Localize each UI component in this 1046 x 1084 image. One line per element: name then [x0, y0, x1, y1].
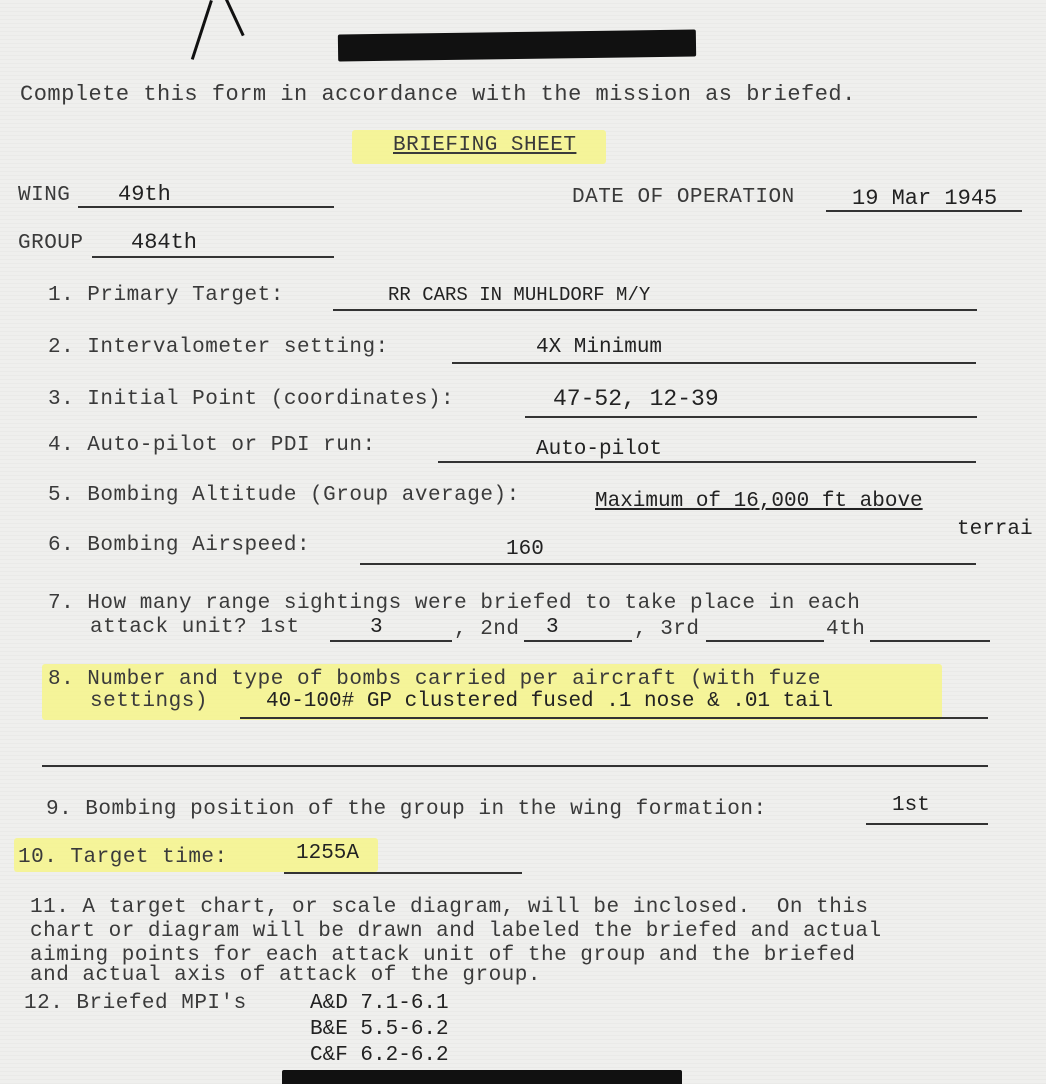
- item-2-value[interactable]: 4X Minimum: [536, 336, 662, 359]
- item-11-text-line2: chart or diagram will be drawn and label…: [30, 920, 882, 943]
- item-5-label: 5. Bombing Altitude (Group average):: [48, 484, 520, 507]
- item-7-second-value[interactable]: 3: [546, 616, 559, 639]
- item-5-value[interactable]: Maximum of 16,000 ft above: [595, 490, 923, 513]
- item-6-field-line: [360, 563, 976, 565]
- item-9-field-line: [866, 823, 988, 825]
- date-label: DATE OF OPERATION: [572, 186, 795, 209]
- group-value[interactable]: 484th: [131, 230, 197, 255]
- group-label: GROUP: [18, 232, 84, 255]
- wing-field-line: [78, 206, 334, 208]
- date-value[interactable]: 19 Mar 1945: [852, 186, 997, 211]
- handwritten-mark: [225, 0, 245, 36]
- redaction-bar-bottom: [282, 1070, 682, 1084]
- item-10-label: 10. Target time:: [18, 846, 228, 869]
- item-1-label: 1. Primary Target:: [48, 284, 284, 307]
- item-2-field-line: [452, 362, 976, 364]
- form-instruction: Complete this form in accordance with th…: [20, 82, 856, 107]
- item-1-value[interactable]: RR CARS IN MUHLDORF M/Y: [388, 284, 650, 306]
- item-3-value[interactable]: 47-52, 12-39: [553, 386, 719, 412]
- item-4-label: 4. Auto-pilot or PDI run:: [48, 434, 376, 457]
- handwritten-mark: [191, 0, 213, 60]
- form-title: BRIEFING SHEET: [393, 134, 576, 157]
- mpi-row-1: A&D 7.1-6.1: [310, 992, 449, 1015]
- item-7-sep-4th: 4th: [826, 618, 865, 641]
- item-7-first-value[interactable]: 3: [370, 616, 383, 639]
- item-7-first-line: [330, 640, 452, 642]
- item-4-value[interactable]: Auto-pilot: [536, 438, 662, 461]
- item-12-label: 12. Briefed MPI's: [24, 992, 247, 1015]
- item-11-text: 11. A target chart, or scale diagram, wi…: [30, 896, 869, 919]
- wing-value[interactable]: 49th: [118, 182, 171, 207]
- item-7-label: 7. How many range sightings were briefed…: [48, 592, 860, 615]
- document-page: Complete this form in accordance with th…: [0, 0, 1046, 1084]
- mpi-row-2: B&E 5.5-6.2: [310, 1018, 449, 1041]
- item-6-value[interactable]: 160: [506, 538, 544, 561]
- item-9-value[interactable]: 1st: [892, 794, 930, 817]
- item-8-label: 8. Number and type of bombs carried per …: [48, 668, 821, 691]
- item-2-label: 2. Intervalometer setting:: [48, 336, 389, 359]
- item-10-value[interactable]: 1255A: [296, 842, 359, 865]
- item-4-field-line: [438, 461, 976, 463]
- item-5-value-continued[interactable]: terrai: [957, 518, 1033, 541]
- wing-label: WING: [18, 184, 70, 207]
- item-8-extra-line: [42, 765, 988, 767]
- item-8-value[interactable]: 40-100# GP clustered fused .1 nose & .01…: [266, 690, 833, 713]
- item-7-second-line: [524, 640, 632, 642]
- item-9-label: 9. Bombing position of the group in the …: [46, 798, 767, 821]
- item-8-label-line2: settings): [90, 690, 208, 713]
- item-3-label: 3. Initial Point (coordinates):: [48, 388, 454, 411]
- item-7-sep-3rd: , 3rd: [634, 618, 700, 641]
- item-3-field-line: [525, 416, 977, 418]
- item-7-third-line: [706, 640, 824, 642]
- item-8-field-line: [240, 717, 988, 719]
- group-field-line: [92, 256, 334, 258]
- item-10-field-line: [284, 872, 522, 874]
- item-6-label: 6. Bombing Airspeed:: [48, 534, 310, 557]
- date-field-line: [826, 210, 1022, 212]
- redaction-bar-top: [338, 30, 696, 62]
- item-11-text-line4: and actual axis of attack of the group.: [30, 964, 541, 987]
- item-1-field-line: [333, 309, 977, 311]
- item-7-fourth-line: [870, 640, 990, 642]
- item-7-sep-2nd: , 2nd: [454, 618, 520, 641]
- item-7-label-line2: attack unit? 1st: [90, 616, 300, 639]
- mpi-row-3: C&F 6.2-6.2: [310, 1044, 449, 1067]
